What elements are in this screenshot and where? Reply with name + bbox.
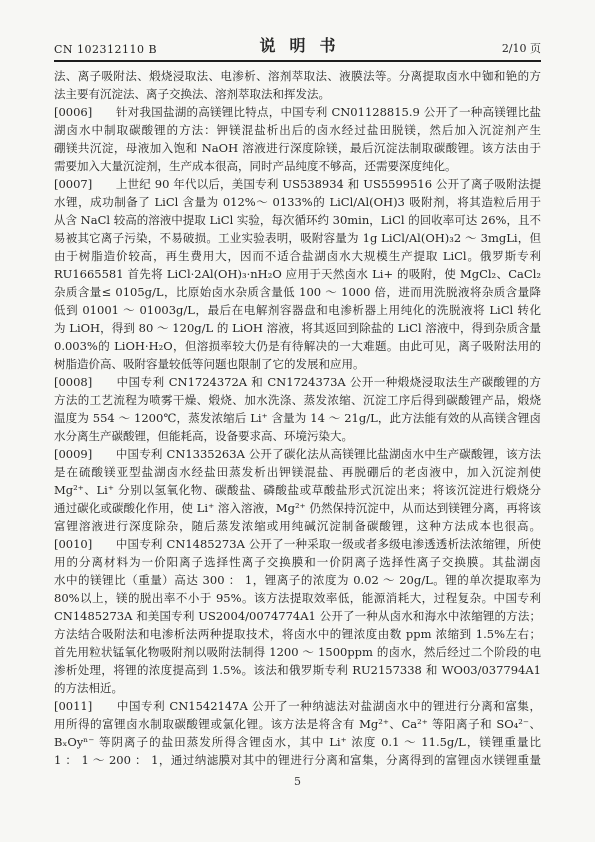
body-line: 法、离子吸附法、煅烧浸取法、电渗析、溶剂萃取法、液膜法等。分离提取卤水中铷和铯的… bbox=[54, 67, 541, 85]
body-line: 从含 NaCl 较高的溶液中提取 LiCl 实验，每次循环约 30min，LiC… bbox=[54, 211, 541, 229]
body-line: 通过碳化或碳酸化作用，使 Li⁺ 溶入溶液，Mg²⁺ 仍然保持沉淀中，从而达到镁… bbox=[54, 499, 541, 517]
page-header: CN 102312110 B 说明书 2/10 页 bbox=[0, 0, 595, 56]
body-line: 水中的镁锂比（重量）高达 300 ： 1，锂离子的浓度为 0.02 ～ 20g/… bbox=[54, 571, 541, 589]
body-line: 杂质含量≤ 0105g/L，比原始卤水杂质含量低 100 ～ 1000 倍，进而… bbox=[54, 283, 541, 301]
body-line: 方法的工艺流程为喷雾干燥、煅烧、加水洗涤、蒸发浓缩、沉淀工序后得到碳酸锂产品，煅… bbox=[54, 391, 541, 409]
patent-number: CN 102312110 B bbox=[54, 43, 260, 56]
body-line: [0008] 中国专利 CN1724372A 和 CN1724373A 公开一种… bbox=[54, 373, 541, 391]
body-line: 方法结合吸附法和电渗析法两种提取技术，将卤水中的锂浓度由数 ppm 浓缩到 1.… bbox=[54, 625, 541, 643]
body-line: [0007] 上世纪 90 年代以后，美国专利 US538934 和 US559… bbox=[54, 175, 541, 193]
body-line: 温度为 554 ～ 1200℃，蒸发浓缩后 Li⁺ 含量为 14 ～ 21g/L… bbox=[54, 409, 541, 427]
body-line: 渗析处理，将锂的浓度提高到 1.5%。该法和俄罗斯专利 RU2157338 和 … bbox=[54, 661, 541, 679]
page-indicator: 2/10 页 bbox=[336, 40, 542, 56]
patent-page: CN 102312110 B 说明书 2/10 页 法、离子吸附法、煅烧浸取法、… bbox=[0, 0, 595, 842]
body-line: [0009] 中国专利 CN1335263A 公开了碳化法从高镁锂比盐湖卤水中生… bbox=[54, 445, 541, 463]
body-line: Mg²⁺、Li⁺ 分别以氢氧化物、碳酸盐、磷酸盐或草酸盐形式沉淀出来；将该沉淀进… bbox=[54, 481, 541, 499]
body-line: 树脂造价高、吸附容量较低等问题也限制了它的发展和应用。 bbox=[54, 355, 541, 373]
document-body: 法、离子吸附法、煅烧浸取法、电渗析、溶剂萃取法、液膜法等。分离提取卤水中铷和铯的… bbox=[0, 62, 595, 769]
body-line: [0006] 针对我国盐湖的高镁锂比特点，中国专利 CN01128815.9 公… bbox=[54, 103, 541, 121]
body-line: BₓOyⁿ⁻ 等阴离子的盐田蒸发所得含锂卤水，其中 Li⁺ 浓度 0.1 ～ 1… bbox=[54, 733, 541, 751]
page-number: 5 bbox=[294, 775, 301, 788]
body-line: 硼镁共沉淀，母液加入饱和 NaOH 溶液进行深度除镁，最后沉淀法制取碳酸锂。该方… bbox=[54, 139, 541, 157]
body-line: RU1665581 首先将 LiCl·2Al(OH)₃·nH₂O 应用于天然卤水… bbox=[54, 265, 541, 283]
body-line: 首先用粒状锰氧化物吸附剂以吸附法制得 1200 ～ 1500ppm 的卤水，然后… bbox=[54, 643, 541, 661]
body-line: 80%以上，镁的脱出率不小于 95%。该方法提取效率低，能源消耗大，过程复杂。中… bbox=[54, 589, 541, 607]
body-line: 的方法相近。 bbox=[54, 679, 541, 697]
body-line: [0010] 中国专利 CN1485273A 公开了一种采取一级或者多级电渗透透… bbox=[54, 535, 541, 553]
body-line: 湖卤水中制取碳酸锂的方法：钾镁混盐析出后的卤水经过盐田脱镁，然后加入沉淀剂产生 bbox=[54, 121, 541, 139]
body-line: [0011] 中国专利 CN1542147A 公开了一种纳滤法对盐湖卤水中的锂进… bbox=[54, 697, 541, 715]
body-line: 水锂，成功制备了 LiCl 含量为 012%～ 0133%的 LiCl/Al(O… bbox=[54, 193, 541, 211]
body-line: 法主要有沉淀法、离子交换法、溶剂萃取法和挥发法。 bbox=[54, 85, 541, 103]
body-line: 由于树脂造价较高，再生费用大，因而不适合盐湖卤水大规模生产提取 LiCl。俄罗斯… bbox=[54, 247, 541, 265]
body-line: 需要加入大量沉淀剂，生产成本很高，同时产品纯度不够高，还需要深度纯化。 bbox=[54, 157, 541, 175]
body-line: 0.003%的 LiOH·H₂O，但溶损率较大仍是有待解决的一大难题。由此可见，… bbox=[54, 337, 541, 355]
body-line: CN1485273A 和美国专利 US2004/0074774A1 公开了一种从… bbox=[54, 607, 541, 625]
body-line: 易被其它离子污染，不易破损。工业实验表明，吸附容量为 1g LiCl/Al(OH… bbox=[54, 229, 541, 247]
body-line: 1 ： 1 ～ 200 ： 1，通过纳滤膜对其中的锂进行分离和富集，分离得到的富… bbox=[54, 751, 541, 769]
body-line: 水分离生产碳酸锂，但能耗高，设备要求高、环境污染大。 bbox=[54, 427, 541, 445]
body-line: 用的分离材料为一价阳离子选择性离子交换膜和一价阴离子选择性离子交换膜。其盐湖卤 bbox=[54, 553, 541, 571]
body-line: 低到 01001 ～ 01003g/L，最后在电解剂容器盘和电渗析器上用纯化的洗… bbox=[54, 301, 541, 319]
body-line: 富锂溶液进行深度除杂，随后蒸发浓缩或用纯碱沉淀制备碳酸锂，这种方法成本也很高。 bbox=[54, 517, 541, 535]
body-line: 是在硫酸镁亚型盐湖卤水经盐田蒸发析出钾镁混盐、再脱硼后的老卤液中，加入沉淀剂使 bbox=[54, 463, 541, 481]
body-line: 为 LiOH，得到 80 ～ 120g/L 的 LiOH 溶液，将其返回到除盐的… bbox=[54, 319, 541, 337]
body-line: 用所得的富锂卤水制取碳酸锂或氯化锂。该方法是将含有 Mg²⁺、Ca²⁺ 等阳离子… bbox=[54, 715, 541, 733]
